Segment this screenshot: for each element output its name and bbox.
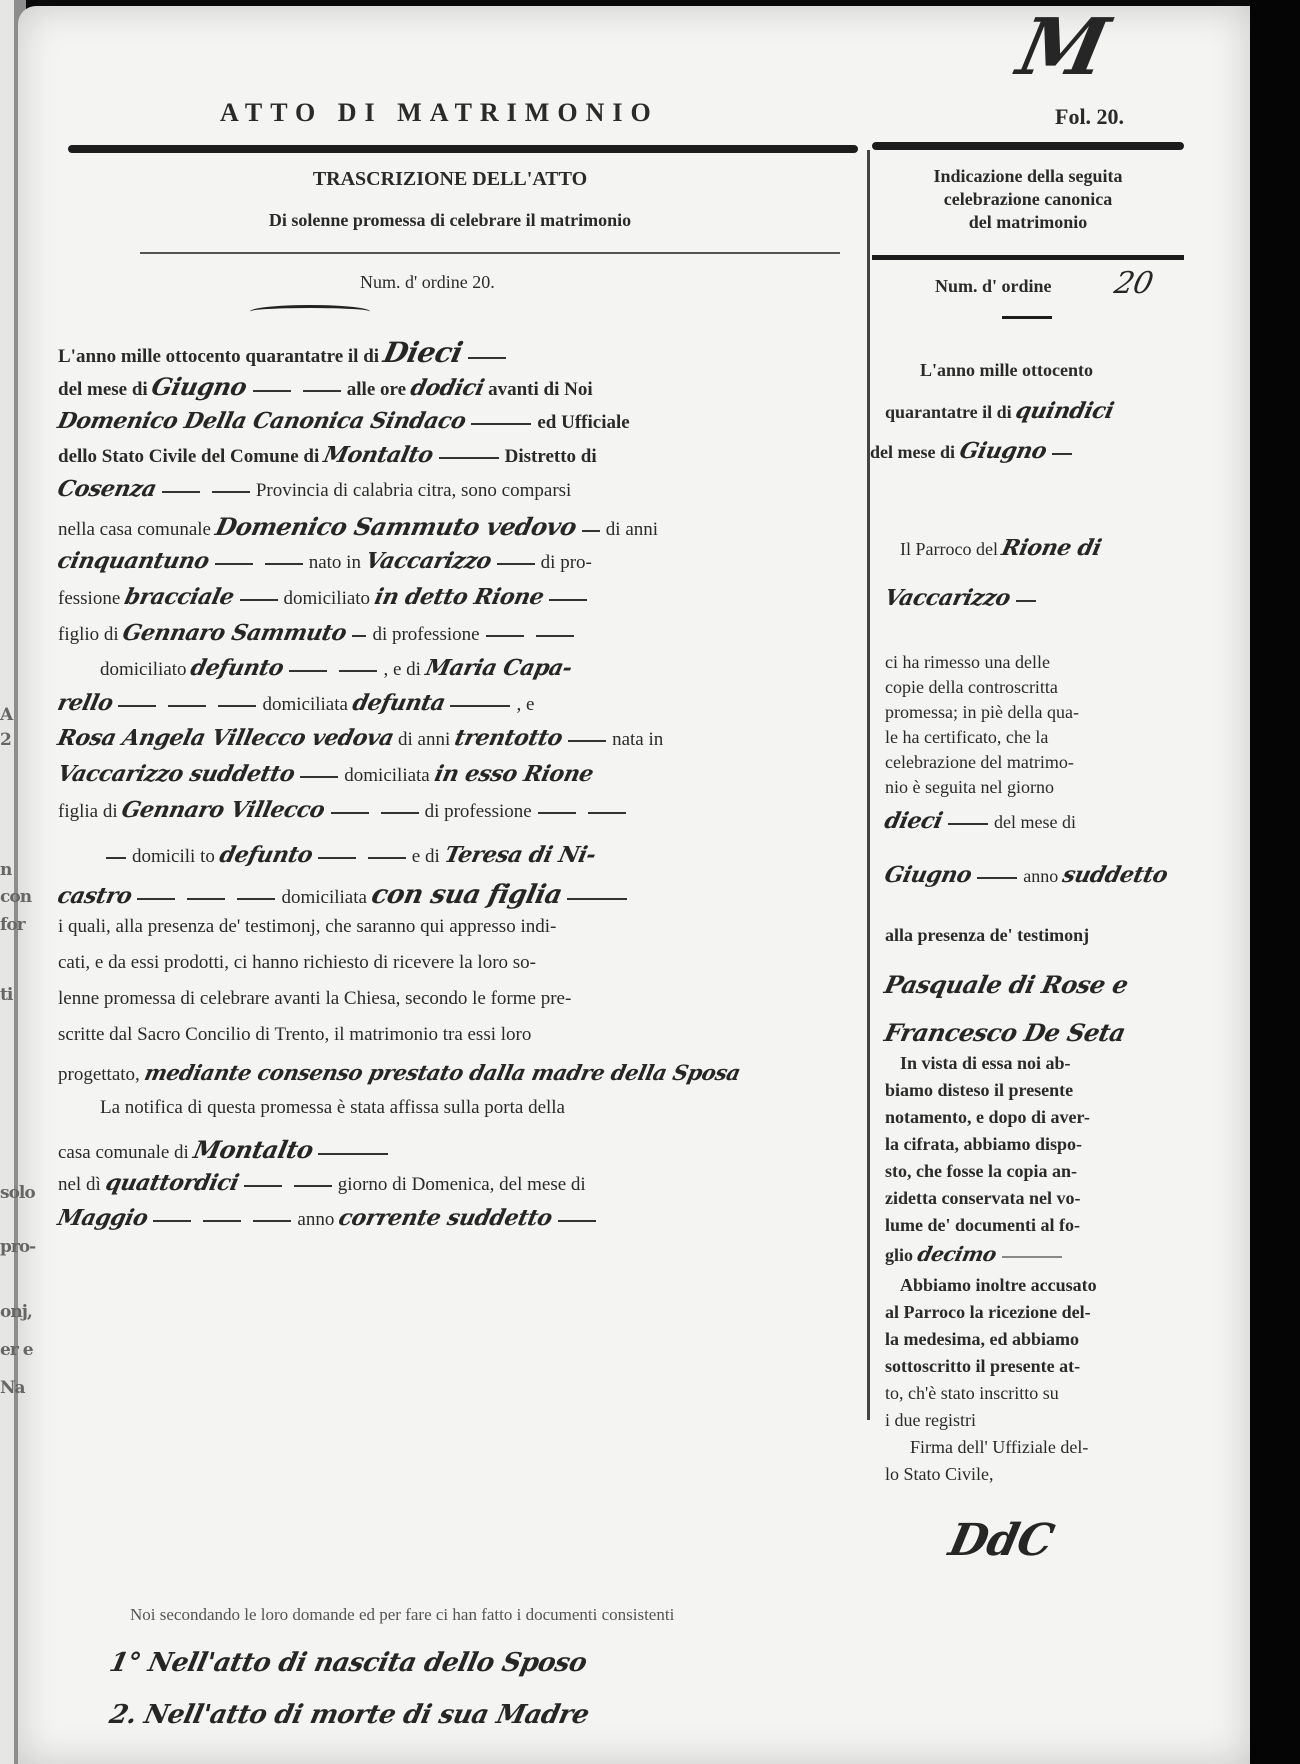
right-line-14: alla presenza de' testimonj — [885, 925, 1185, 946]
right-line-17: In vista di essa noi ab- — [900, 1053, 1200, 1074]
right-title-line-1: Indicazione della seguita — [868, 165, 1188, 187]
right-line-27: la medesima, ed abbiamo — [885, 1329, 1185, 1350]
right-line-5: Vaccarizzo — [885, 585, 1185, 611]
act-line-1: L'anno mille ottocento quarantatre il di… — [58, 336, 858, 369]
body-line-5: progettato, mediante consenso prestato d… — [58, 1060, 858, 1086]
act-line-15: domicili to defuntoe di Teresa di Ni- — [100, 842, 900, 868]
body-line-4: scritte dal Sacro Concilio di Trento, il… — [58, 1024, 858, 1046]
act-line-2: del mese di Giugnoalle ore dodici avanti… — [58, 372, 858, 401]
right-title-line-3: del matrimonio — [868, 211, 1188, 233]
footer-item-2: 2. Nell'atto di morte di sua Madre — [110, 1700, 910, 1730]
margin-fragment: pro- — [0, 1237, 35, 1257]
margin-fragment: 2 — [0, 730, 11, 750]
scan-shadow — [1250, 0, 1300, 1764]
right-line-21: sto, che fosse la copia an- — [885, 1161, 1185, 1182]
margin-fragment: onj, — [0, 1302, 32, 1322]
section-title: TRASCRIZIONE DELL'ATTO — [140, 168, 760, 191]
officer-signature: DdC — [945, 1515, 1058, 1566]
notice-line-4: Maggioanno corrente suddetto — [58, 1205, 858, 1231]
right-line-7: copie della controscritta — [885, 677, 1185, 698]
right-title-rule — [872, 255, 1184, 260]
margin-fragment: con — [0, 887, 31, 907]
right-line-16: Francesco De Seta — [885, 1018, 1185, 1047]
footer-line: Noi secondando le loro domande ed per fa… — [130, 1605, 930, 1625]
folio-number: Fol. 20. — [1055, 104, 1124, 130]
right-line-4: Il Parroco del Rione di — [900, 535, 1200, 561]
right-line-13: Giugnoanno suddetto — [885, 862, 1185, 888]
right-line-11: nio è seguita nel giorno — [885, 777, 1185, 798]
right-line-23: lume de' documenti al fo- — [885, 1215, 1185, 1236]
ornament-brace — [250, 305, 370, 318]
right-line-32: lo Stato Civile, — [885, 1464, 1185, 1485]
section-subtitle: Di solenne promessa di celebrare il matr… — [140, 210, 760, 231]
margin-fragment: for — [0, 915, 25, 935]
right-line-10: celebrazione del matrimo- — [885, 752, 1185, 773]
right-line-28: sottoscritto il presente at- — [885, 1356, 1185, 1377]
right-line-6: ci ha rimesso una delle — [885, 652, 1185, 673]
order-number-right-label: Num. d' ordine — [935, 276, 1052, 297]
body-line-3: lenne promessa di celebrare avanti la Ch… — [58, 988, 858, 1010]
right-line-24: glio decimo — [885, 1242, 1185, 1266]
act-line-8: fessione braccialedomiciliato in detto R… — [58, 584, 858, 610]
right-line-22: zidetta conservata nel vo- — [885, 1188, 1185, 1209]
act-line-5: CosenzaProvincia di calabria citra, sono… — [58, 476, 858, 502]
margin-fragment: er e — [0, 1340, 33, 1360]
order-rule — [1002, 316, 1052, 319]
notice-line-2: casa comunale di Montalto — [58, 1135, 858, 1164]
act-line-7: cinquantunonato in Vaccarizzodi pro- — [58, 548, 858, 574]
order-number-left: Num. d' ordine 20. — [360, 272, 495, 293]
column-divider — [867, 150, 870, 1420]
right-line-8: promessa; in piè della qua- — [885, 702, 1185, 723]
margin-fragment: solo — [0, 1183, 35, 1203]
act-line-13: Vaccarizzo suddettodomiciliata in esso R… — [58, 761, 858, 787]
right-line-18: biamo disteso il presente — [885, 1080, 1185, 1101]
right-title-line-2: celebrazione canonica — [868, 188, 1188, 210]
header-rule-left — [68, 145, 858, 153]
act-line-11: rellodomiciliata defunta, e — [58, 690, 858, 716]
body-line-1: i quali, alla presenza de' testimonj, ch… — [58, 916, 858, 938]
right-line-30: i due registri — [885, 1410, 1185, 1431]
right-line-26: al Parroco la ricezione del- — [885, 1302, 1185, 1323]
act-line-14: figlia di Gennaro Villeccodi professione — [58, 797, 858, 823]
act-line-10: domiciliato defunto, e di Maria Capa- — [100, 655, 900, 681]
page-title: ATTO DI MATRIMONIO — [220, 98, 659, 128]
right-line-20: la cifrata, abbiamo dispo- — [885, 1134, 1185, 1155]
margin-fragment: A — [0, 705, 12, 725]
margin-fragment: ti — [0, 985, 12, 1005]
act-line-12: Rosa Angela Villecco vedova di anni tren… — [58, 725, 858, 751]
right-line-12: diecidel mese di — [885, 808, 1185, 834]
margin-fragment: Na — [0, 1378, 25, 1398]
right-line-3: del mese di Giugno — [870, 438, 1170, 464]
footer-item-1: 1° Nell'atto di nascita dello Sposo — [110, 1648, 910, 1678]
act-line-6: nella casa comunale Domenico Sammuto ved… — [58, 512, 858, 541]
right-line-9: le ha certificato, che la — [885, 727, 1185, 748]
right-line-19: notamento, e dopo di aver- — [885, 1107, 1185, 1128]
right-line-2: quarantatre il di quindici — [885, 398, 1185, 424]
header-rule-right — [872, 142, 1184, 150]
act-line-4: dello Stato Civile del Comune di Montalt… — [58, 442, 858, 468]
act-line-16: castrodomiciliata con sua figlia — [58, 880, 858, 910]
right-line-15: Pasquale di Rose e — [885, 970, 1185, 999]
body-line-2: cati, e da essi prodotti, ci hanno richi… — [58, 952, 858, 974]
right-line-1: L'anno mille ottocento — [920, 360, 1220, 381]
order-number-right-value: 20 — [1111, 266, 1156, 301]
right-line-29: to, ch'è stato inscritto su — [885, 1383, 1185, 1404]
right-line-25: Abbiamo inoltre accusato — [900, 1275, 1200, 1296]
margin-fragment: n — [0, 860, 11, 880]
notice-line-1: La notifica di questa promessa è stata a… — [100, 1097, 900, 1119]
act-line-3: Domenico Della Canonica Sindacoed Uffici… — [58, 408, 858, 434]
notice-line-3: nel dì quattordicigiorno di Domenica, de… — [58, 1170, 858, 1196]
right-line-31: Firma dell' Uffiziale del- — [910, 1437, 1210, 1458]
act-line-9: figlio di Gennaro Sammutodi professione — [58, 620, 858, 646]
subtitle-rule — [140, 252, 840, 254]
